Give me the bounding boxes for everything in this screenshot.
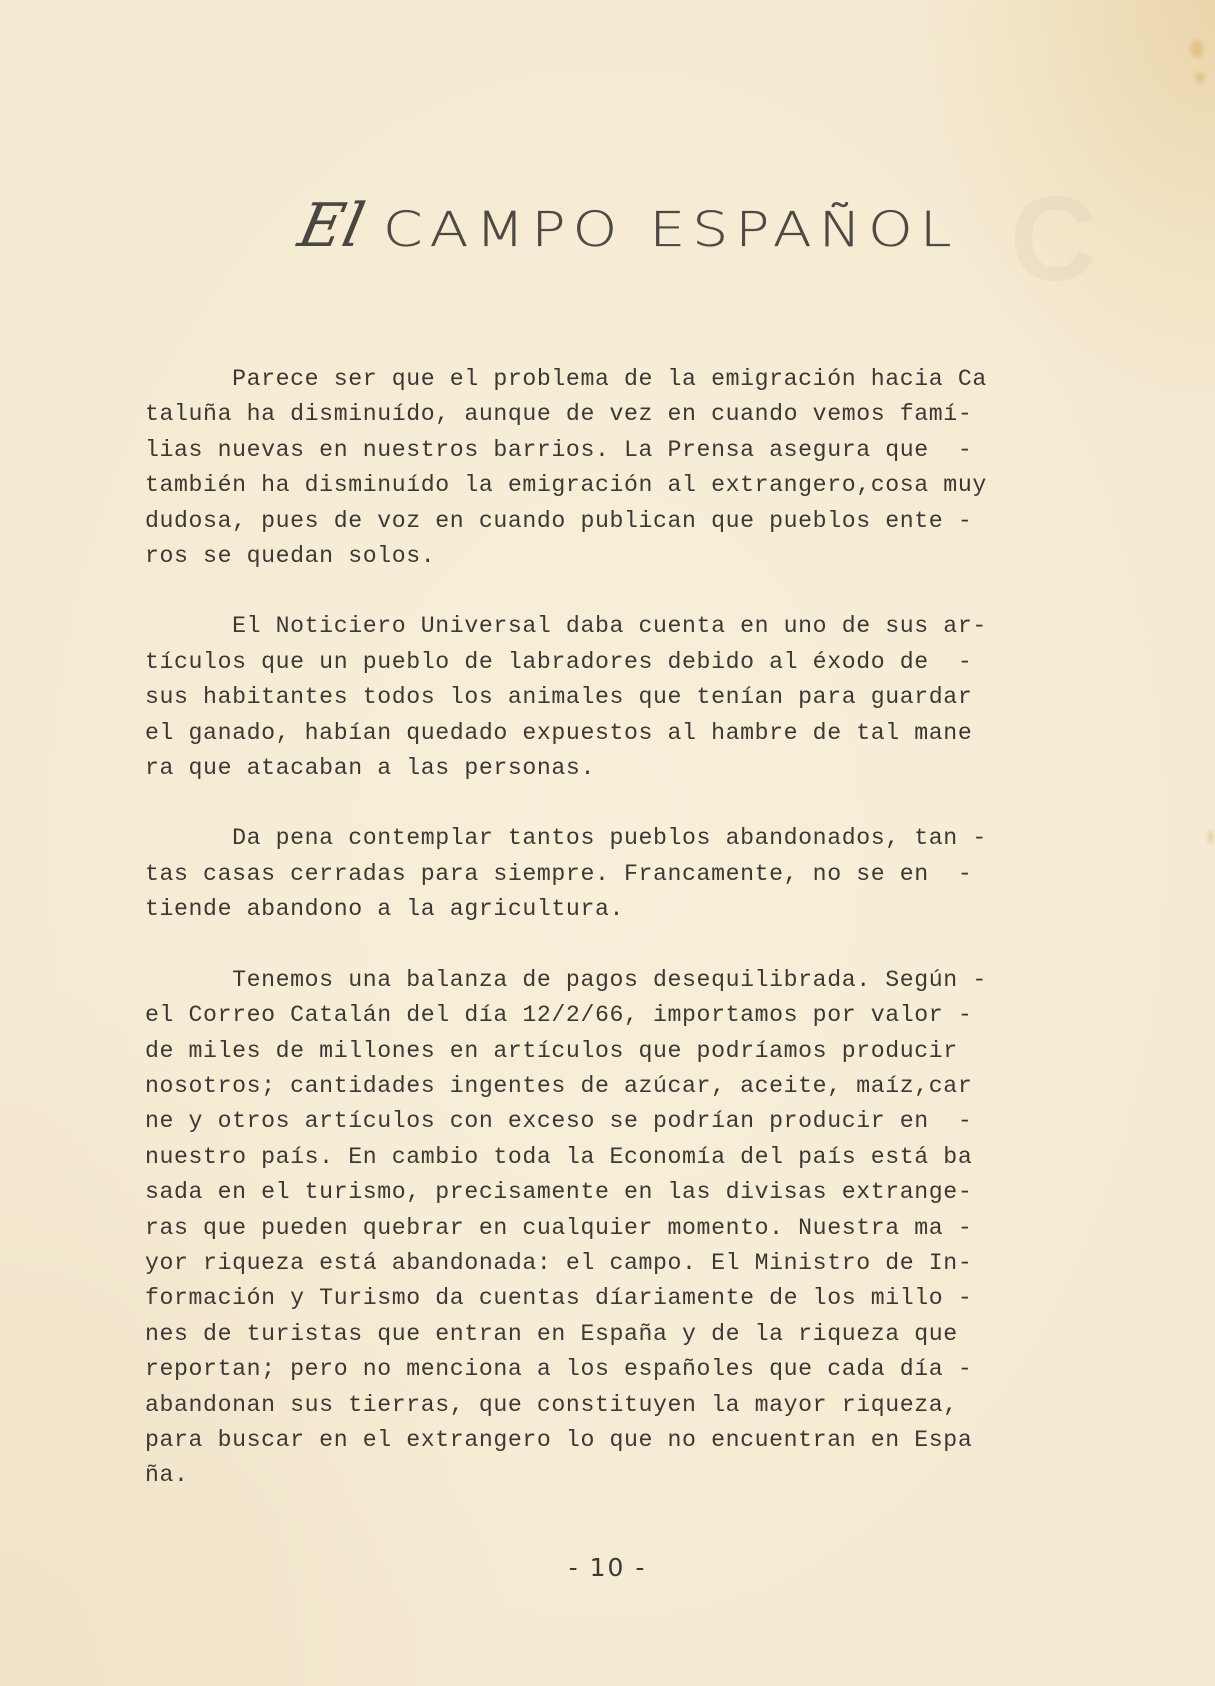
paper-stain [1190,40,1204,58]
title-handwritten-article: El [294,196,370,256]
text-line: sada en el turismo, precisamente en las … [145,1175,1130,1210]
text-line: ros se quedan solos. [145,539,1130,574]
text-line: tas casas cerradas para siempre. Francam… [145,857,1130,892]
paragraph: Da pena contemplar tantos pueblos abando… [145,821,1130,927]
text-line: sus habitantes todos los animales que te… [145,680,1130,715]
paper-stain [1195,72,1205,84]
paragraph: Parece ser que el problema de la emigrac… [145,362,1130,574]
text-line: Tenemos una balanza de pagos desequilibr… [145,963,1130,998]
text-line: Da pena contemplar tantos pueblos abando… [145,821,1130,856]
page-title: El CAMPO ESPAÑOL [300,196,871,258]
text-line: tículos que un pueblo de labradores debi… [145,645,1130,680]
page-number: - 10 - [0,1553,1215,1582]
text-line: también ha disminuído la emigración al e… [145,468,1130,503]
title-typed-heading: CAMPO ESPAÑOL [383,202,958,258]
text-line: nuestro país. En cambio toda la Economía… [145,1140,1130,1175]
text-line: ras que pueden quebrar en cualquier mome… [145,1211,1130,1246]
text-line: reportan; pero no menciona a los español… [145,1352,1130,1387]
text-line: formación y Turismo da cuentas díariamen… [145,1281,1130,1316]
text-line: para buscar en el extrangero lo que no e… [145,1423,1130,1458]
paper-stain [1208,830,1213,844]
paragraph: Tenemos una balanza de pagos desequilibr… [145,963,1130,1494]
text-line: El Noticiero Universal daba cuenta en un… [145,609,1130,644]
text-line: dudosa, pues de voz en cuando publican q… [145,504,1130,539]
bleed-through-text: C [1010,170,1103,308]
text-line: el ganado, habían quedado expuestos al h… [145,716,1130,751]
article-body: Parece ser que el problema de la emigrac… [145,362,1130,1529]
text-line: abandonan sus tierras, que constituyen l… [145,1388,1130,1423]
text-line: nes de turistas que entran en España y d… [145,1317,1130,1352]
text-line: Parece ser que el problema de la emigrac… [145,362,1130,397]
text-line: ra que atacaban a las personas. [145,751,1130,786]
text-line: yor riqueza está abandonada: el campo. E… [145,1246,1130,1281]
text-line: nosotros; cantidades ingentes de azúcar,… [145,1069,1130,1104]
text-line: taluña ha disminuído, aunque de vez en c… [145,397,1130,432]
paragraph: El Noticiero Universal daba cuenta en un… [145,609,1130,786]
text-line: ne y otros artículos con exceso se podrí… [145,1104,1130,1139]
text-line: de miles de millones en artículos que po… [145,1034,1130,1069]
text-line: ña. [145,1458,1130,1493]
text-line: el Correo Catalán del día 12/2/66, impor… [145,998,1130,1033]
text-line: tiende abandono a la agricultura. [145,892,1130,927]
text-line: lias nuevas en nuestros barrios. La Pren… [145,433,1130,468]
